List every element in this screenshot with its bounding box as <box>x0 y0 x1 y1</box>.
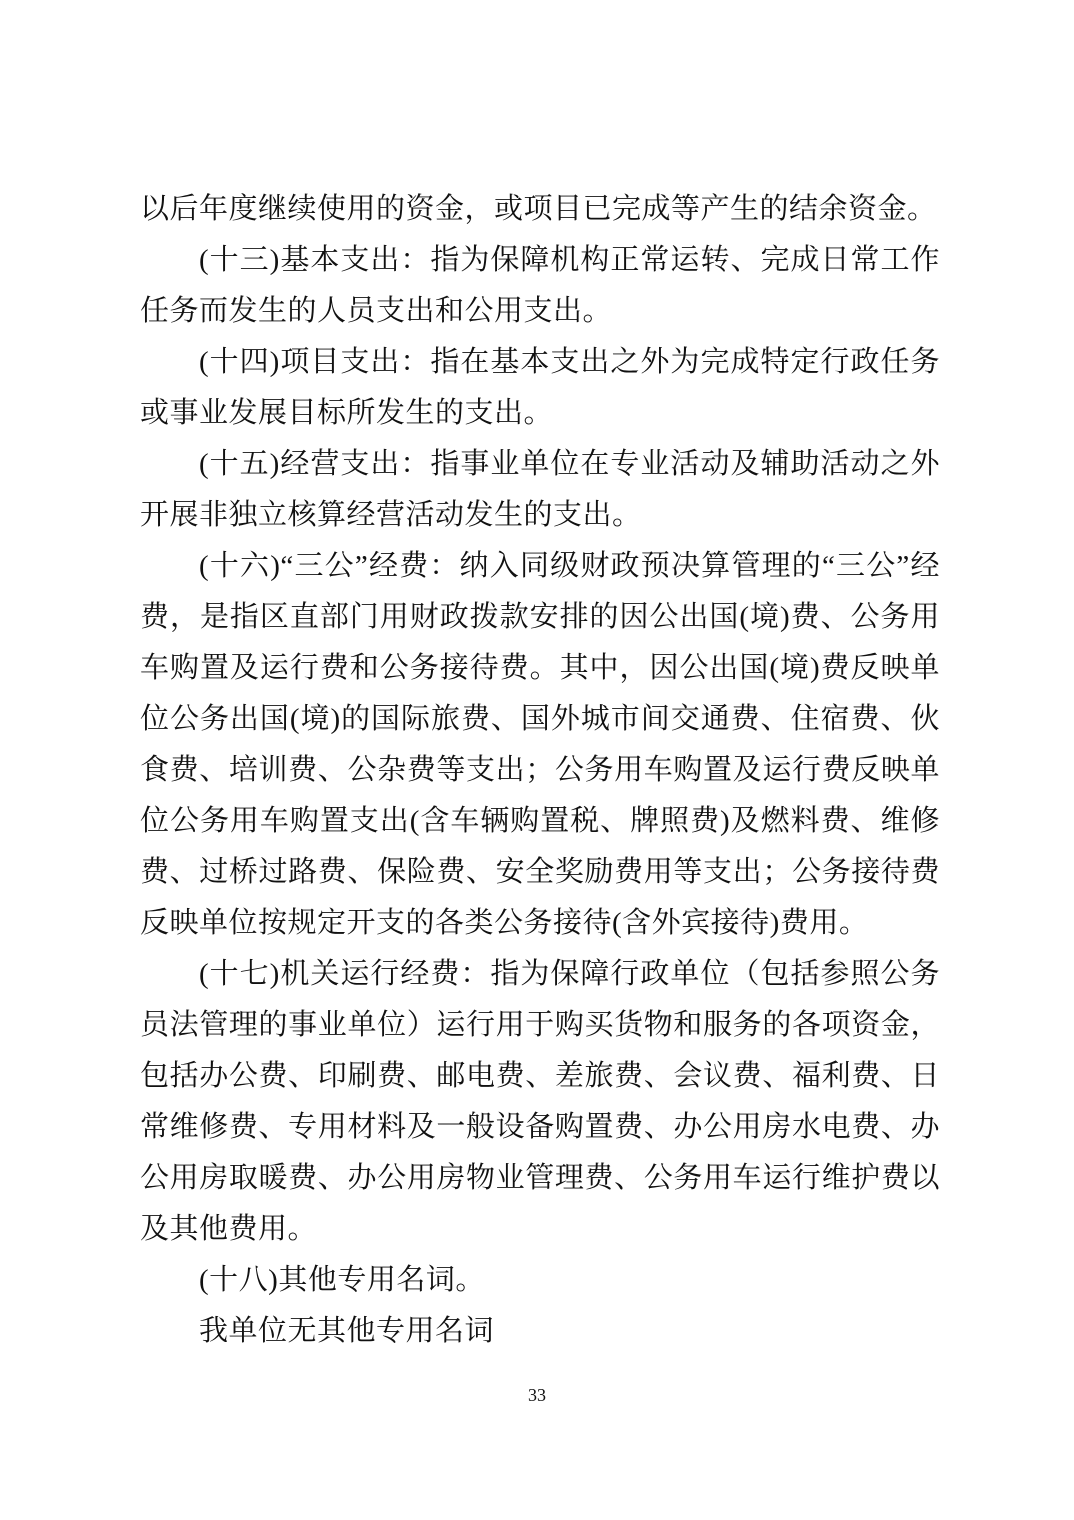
document-page: 以后年度继续使用的资金，或项目已完成等产生的结余资金。 (十三)基本支出：指为保… <box>0 0 1074 1520</box>
paragraph-item-16-three-public-funds: (十六)“三公”经费：纳入同级财政预决算管理的“三公”经费，是指区直部门用财政拨… <box>140 541 940 949</box>
paragraph-item-17-agency-operating-funds: (十七)机关运行经费：指为保障行政单位（包括参照公务员法管理的事业单位）运行用于… <box>140 949 940 1255</box>
paragraph-item-15-operating-expenditure: (十五)经营支出：指事业单位在专业活动及辅助活动之外开展非独立核算经营活动发生的… <box>140 439 940 541</box>
document-body: 以后年度继续使用的资金，或项目已完成等产生的结余资金。 (十三)基本支出：指为保… <box>140 184 940 1357</box>
paragraph-item-18-other-terms: (十八)其他专用名词。 <box>140 1255 940 1306</box>
paragraph-item-13-basic-expenditure: (十三)基本支出：指为保障机构正常运转、完成日常工作任务而发生的人员支出和公用支… <box>140 235 940 337</box>
page-number: 33 <box>0 1383 1074 1407</box>
paragraph-item-14-project-expenditure: (十四)项目支出：指在基本支出之外为完成特定行政任务或事业发展目标所发生的支出。 <box>140 337 940 439</box>
paragraph-no-other-terms: 我单位无其他专用名词 <box>140 1306 940 1357</box>
paragraph-continuation: 以后年度继续使用的资金，或项目已完成等产生的结余资金。 <box>140 184 940 235</box>
